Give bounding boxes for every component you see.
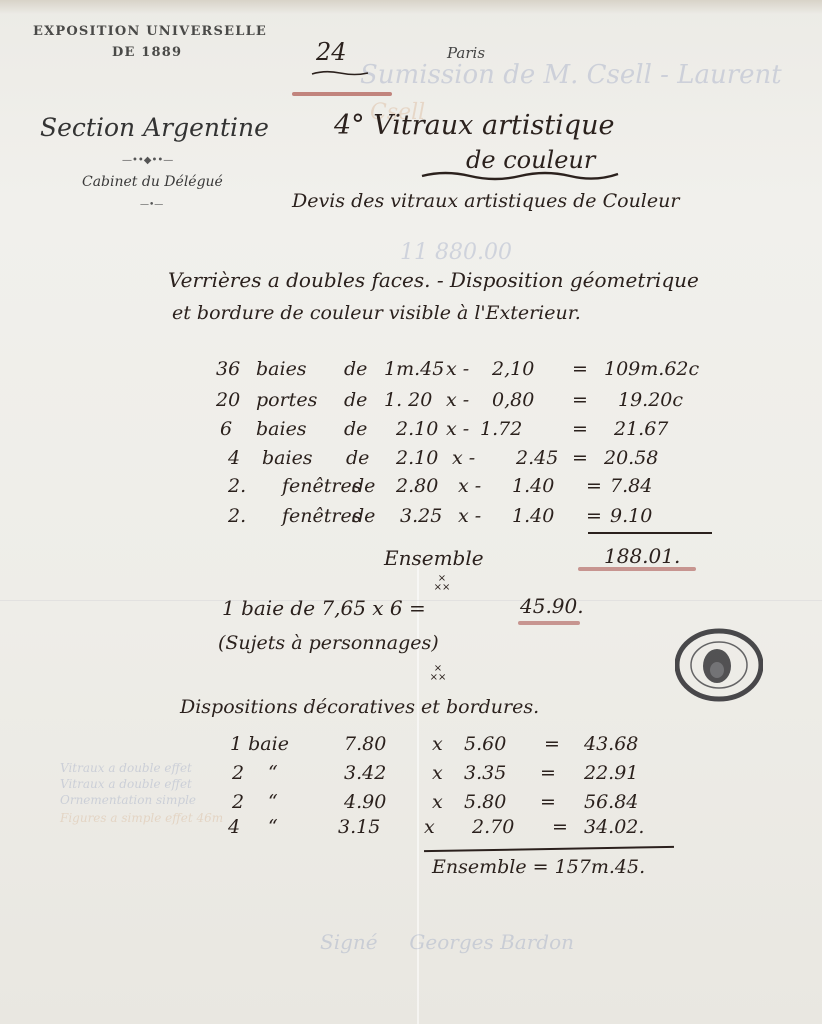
row-total: 20.58 [604, 447, 658, 469]
row-qty: 6 [220, 418, 232, 440]
row-width: 3.15 [338, 816, 380, 838]
row-times: x - [446, 358, 469, 380]
red-pencil-underline [518, 621, 580, 625]
row-height: 0,80 [492, 389, 534, 411]
row-width: 7.80 [344, 733, 386, 755]
row-total: 9.10 [610, 505, 652, 527]
page-number: 24 [316, 38, 347, 66]
row-width: 3.25 [400, 505, 442, 527]
letterhead-exposition: EXPOSITION UNIVERSELLE [33, 24, 267, 39]
row-height: 2,10 [492, 358, 534, 380]
row-qty: 36 [216, 358, 240, 380]
row-de: de [344, 358, 367, 380]
row-equals: = [586, 475, 602, 497]
cross-marks: ××× [428, 664, 448, 682]
section3-heading: Dispositions décoratives et bordures. [180, 696, 539, 718]
row-qty: 4 [228, 816, 240, 838]
document-title: 4° Vitraux artistique [334, 110, 614, 141]
row-times: x - [458, 475, 481, 497]
row-equals: = [572, 358, 588, 380]
row-height: 3.35 [464, 762, 506, 784]
row-height: 1.72 [480, 418, 522, 440]
paper-top-edge [0, 0, 822, 14]
row-total: 43.68 [584, 733, 638, 755]
row-times: x [432, 791, 443, 813]
row-equals: = [544, 733, 560, 755]
letterhead-section: Section Argentine [40, 113, 269, 142]
row-qty: 4 [228, 447, 240, 469]
row-times: x [424, 816, 435, 838]
bleed-through-text: 11 880.00 [400, 240, 512, 265]
row-de: de [346, 447, 369, 469]
row-width: 1. 20 [384, 389, 432, 411]
row-equals: = [540, 791, 556, 813]
row-height: 2.45 [516, 447, 558, 469]
official-stamp-icon [675, 628, 763, 702]
row-total: 109m.62c [604, 358, 699, 380]
sum-rule [424, 846, 674, 852]
row-width: 2.10 [396, 418, 438, 440]
red-pencil-underline [578, 567, 696, 571]
ornament-divider: —•— [140, 200, 163, 210]
section2-note: (Sujets à personnages) [218, 632, 439, 654]
bleed-through-text: Figures a simple effet 46m [60, 810, 223, 826]
row-equals: = [572, 447, 588, 469]
row-width: 1m.45 [384, 358, 444, 380]
ornament-divider: —••◆••— [122, 155, 173, 166]
row-item: baies [256, 358, 307, 380]
red-pencil-underline [292, 92, 392, 96]
sum-rule [588, 532, 712, 534]
row-qty: 2. [228, 505, 246, 527]
row-equals: = [540, 762, 556, 784]
row-de: de [344, 389, 367, 411]
row-ditto: “ [268, 762, 278, 784]
row-item: fenêtres [282, 505, 361, 527]
row-total: 56.84 [584, 791, 638, 813]
row-times: x - [446, 418, 469, 440]
row-times: x - [446, 389, 469, 411]
row-times: x - [458, 505, 481, 527]
row-item: baies [256, 418, 307, 440]
row-height: 2.70 [472, 816, 514, 838]
ensemble-total-line: Ensemble = 157m.45. [432, 856, 645, 878]
row-equals: = [572, 418, 588, 440]
bleed-through-text: Sumission de M. Csell - Laurent [360, 60, 782, 90]
row-times: x - [452, 447, 475, 469]
row-de: de [352, 475, 375, 497]
row-width: 4.90 [344, 791, 386, 813]
row-item: fenêtres [282, 475, 361, 497]
section1-heading-line2: et bordure de couleur visible à l'Exteri… [172, 302, 581, 324]
row-total: 19.20c [618, 389, 683, 411]
bleed-through-signature: Signé Georges Bardon [320, 930, 574, 954]
ensemble-label: Ensemble [384, 546, 484, 570]
row-height: 5.60 [464, 733, 506, 755]
row-total: 21.67 [614, 418, 668, 440]
row-qty: 2 [232, 762, 244, 784]
row-total: 22.91 [584, 762, 638, 784]
paper-fold-crease [417, 560, 419, 1024]
row-ditto: “ [268, 816, 278, 838]
bleed-through-text: Vitraux a double effetVitraux a double e… [60, 760, 196, 808]
row-width: 2.80 [396, 475, 438, 497]
row-item: baies [262, 447, 313, 469]
row-item: portes [256, 389, 317, 411]
row-height: 5.80 [464, 791, 506, 813]
row-equals: = [586, 505, 602, 527]
row-de: de [352, 505, 375, 527]
row-qty: 1 baie [230, 733, 289, 755]
row-equals: = [572, 389, 588, 411]
document-subtitle: Devis des vitraux artistiques de Couleur [292, 190, 679, 212]
section2-line: 1 baie de 7,65 x 6 = [222, 596, 426, 620]
letterhead-cabinet: Cabinet du Délégué [82, 174, 223, 190]
ensemble-total: 188.01. [604, 544, 680, 568]
letterhead-city: Paris [447, 44, 485, 62]
row-total: 7.84 [610, 475, 652, 497]
row-times: x [432, 733, 443, 755]
row-equals: = [552, 816, 568, 838]
row-height: 1.40 [512, 505, 554, 527]
row-times: x [432, 762, 443, 784]
section2-total: 45.90. [520, 594, 584, 618]
row-width: 3.42 [344, 762, 386, 784]
row-qty: 2 [232, 791, 244, 813]
row-height: 1.40 [512, 475, 554, 497]
row-qty: 20 [216, 389, 240, 411]
cross-marks: ××× [432, 574, 452, 592]
letterhead-year: DE 1889 [112, 45, 182, 60]
row-ditto: “ [268, 791, 278, 813]
row-qty: 2. [228, 475, 246, 497]
section1-heading: Verrières a doubles faces. - Disposition… [168, 268, 699, 292]
row-total: 34.02. [584, 816, 644, 838]
page-number-underline [310, 68, 370, 78]
row-de: de [344, 418, 367, 440]
title-wavy-underline [420, 170, 620, 182]
row-width: 2.10 [396, 447, 438, 469]
